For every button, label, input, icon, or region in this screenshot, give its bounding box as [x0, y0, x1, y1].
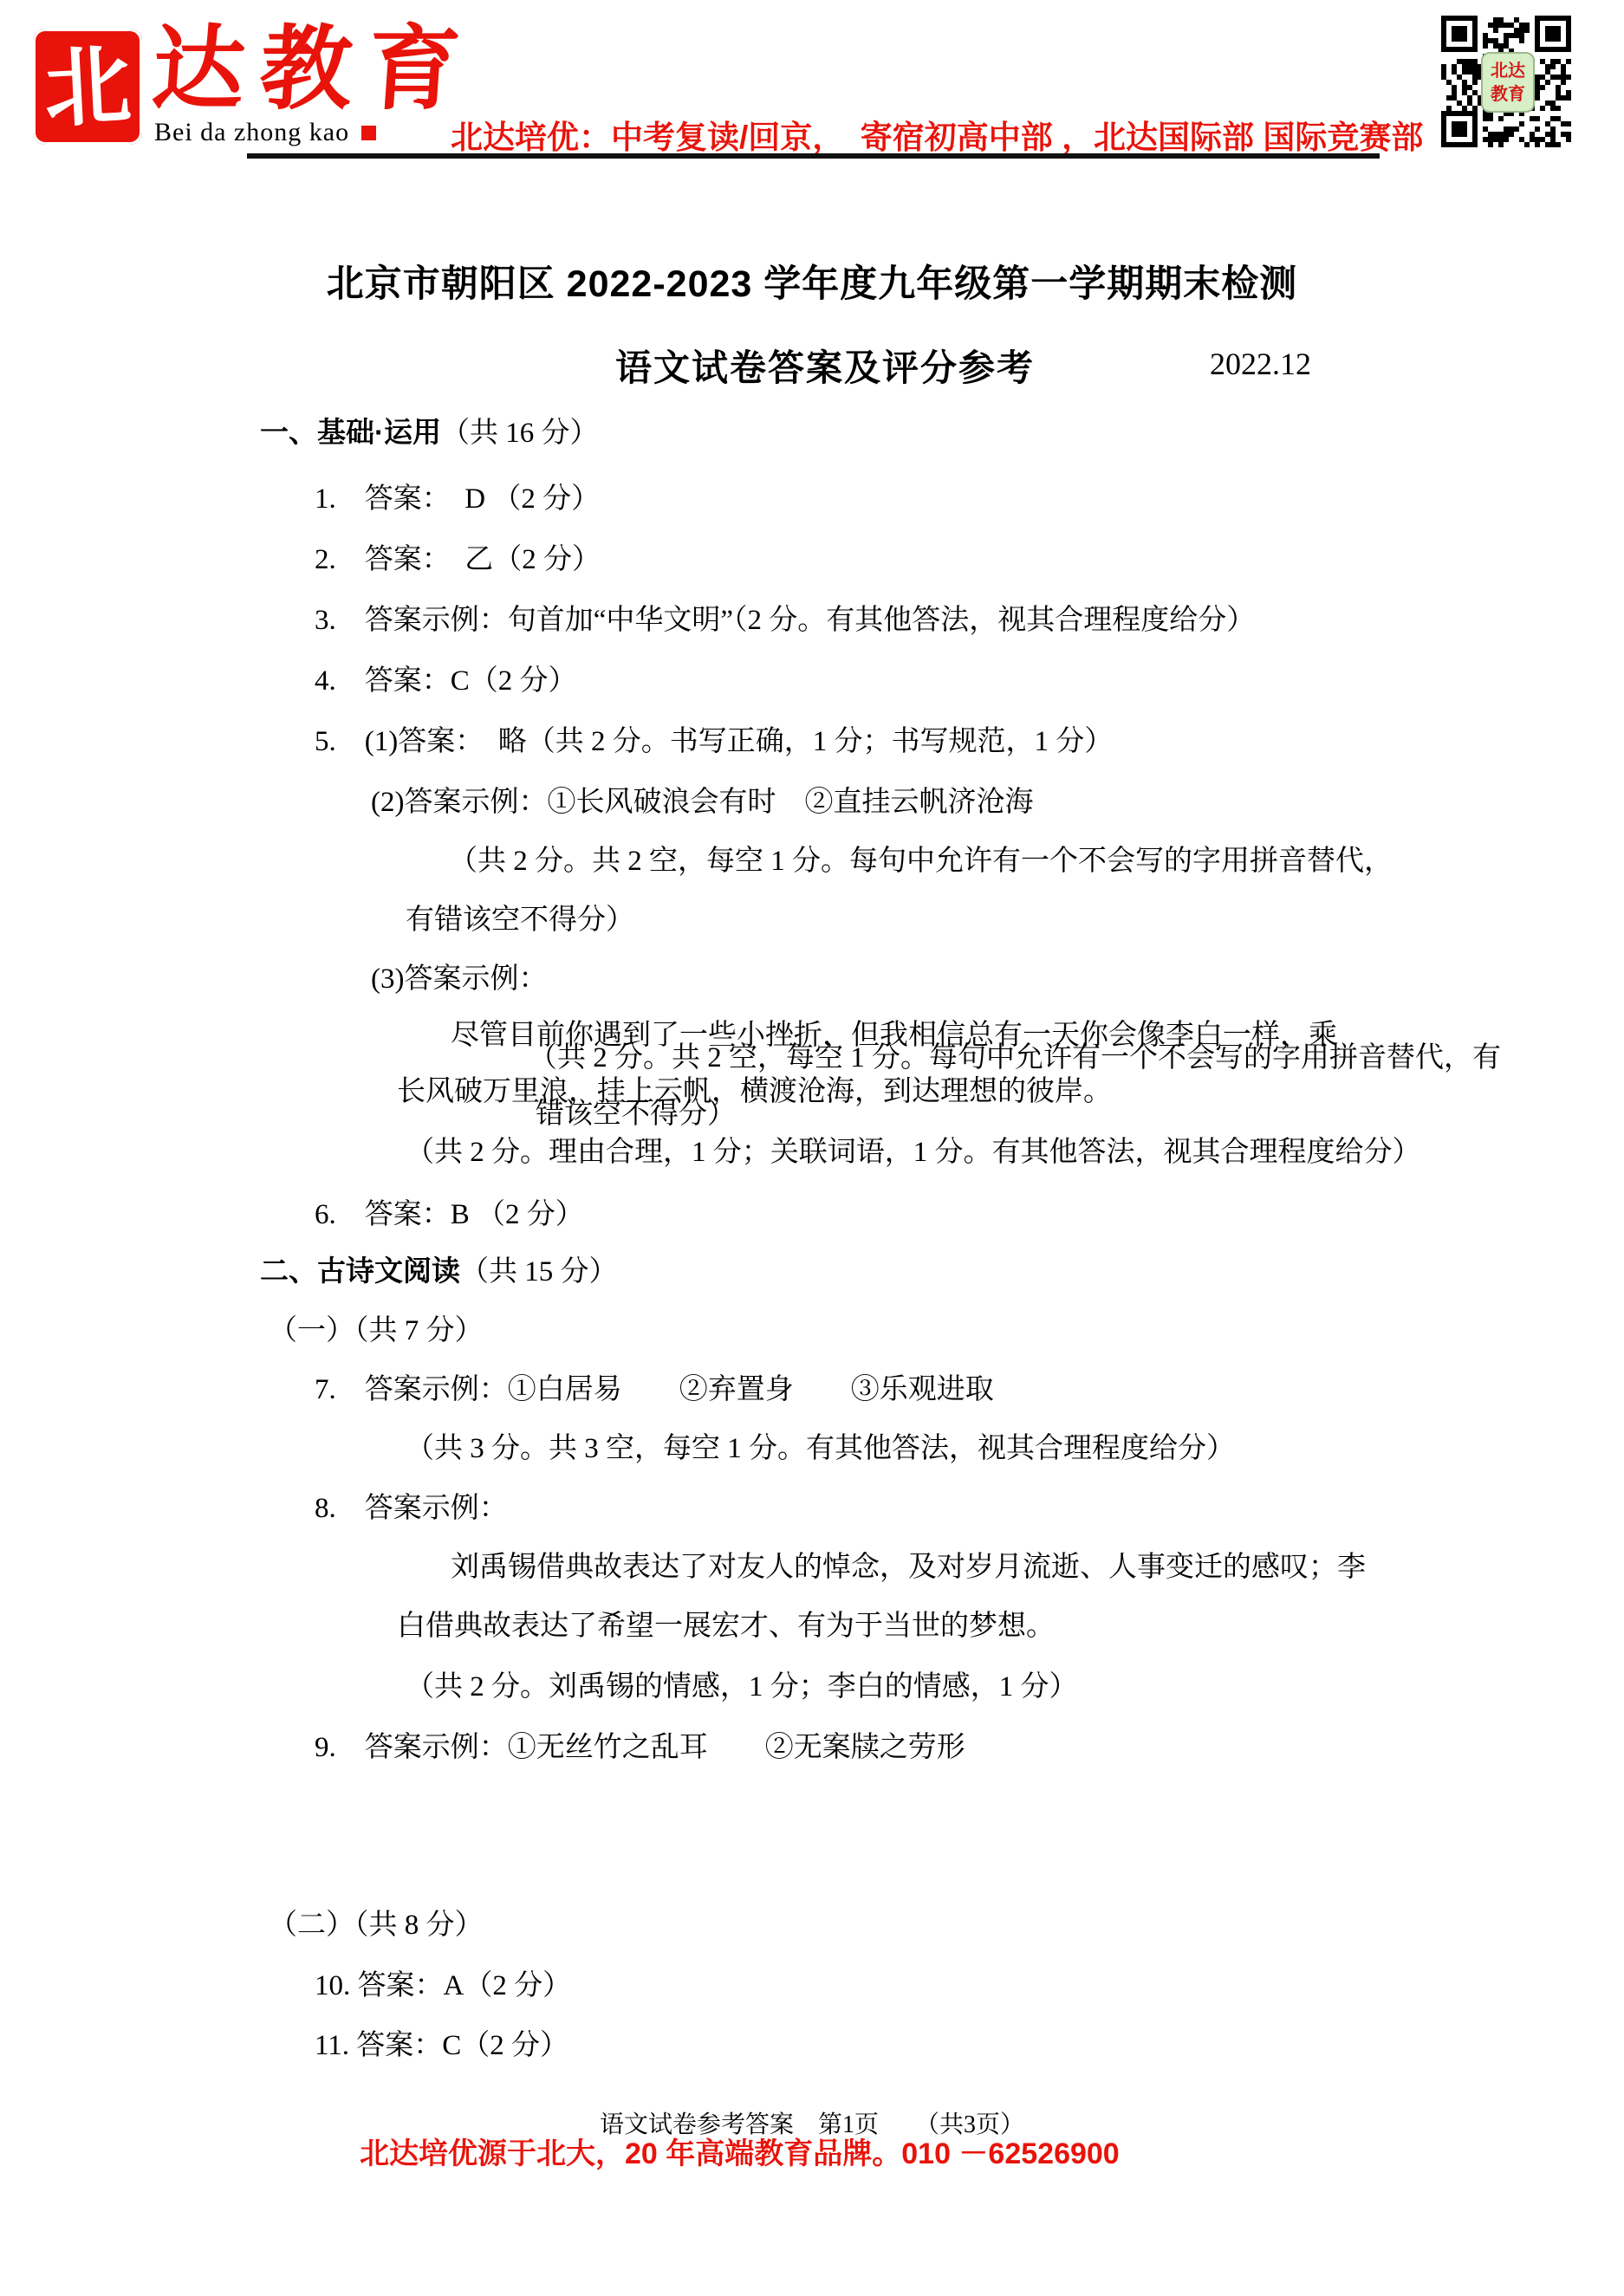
answer-line-8c: 白借典故表达了希望一展宏才、有为于当世的梦想。	[397, 1609, 1055, 1644]
qr-center-text-1: 北达	[1491, 59, 1525, 82]
document-title: 北京市朝阳区 2022-2023 学年度九年级第一学期期末检测	[0, 255, 1624, 308]
header-divider	[247, 153, 1380, 159]
seal-character: 北	[42, 41, 133, 132]
answer-line-9: 9. 答案示例：①无丝竹之乱耳 ②无案牍之劳形	[315, 1730, 965, 1766]
section-2-points: （共 15 分）	[460, 1256, 618, 1287]
section-heading-2: 二、古诗文阅读（共 15 分）	[260, 1253, 618, 1290]
answer-line-6: 6. 答案：B （2 分）	[315, 1197, 584, 1233]
subsection-heading-1: （一）（共 7 分）	[269, 1313, 484, 1349]
scoring-note-5-2b: 有错该空不得分）	[406, 903, 634, 938]
red-square-icon	[361, 126, 376, 140]
section-1-title: 一、基础·运用	[260, 416, 441, 448]
brand-calligraphy: 达教育	[148, 16, 478, 128]
answer-line-10: 10. 答案：A（2 分）	[315, 1968, 571, 2004]
answer-line-4: 4. 答案：C（2 分）	[315, 664, 577, 699]
overlap-score-line-2: 错该空不得分）	[536, 1097, 736, 1132]
answer-line-7: 7. 答案示例：①白居易 ②弃置身 ③乐观进取	[315, 1372, 994, 1408]
scoring-note-5-2a: （共 2 分。共 2 空，每空 1 分。每句中允许有一个不会写的字用拼音替代，	[449, 844, 1393, 879]
scoring-note-5-3: （共 2 分。理由合理，1 分；关联词语，1 分。有其他答法，视其合理程度给分）	[406, 1135, 1421, 1171]
subsection-heading-2: （二）（共 8 分）	[269, 1908, 484, 1943]
qr-finder-top-left-icon	[1441, 16, 1478, 52]
qr-code: 北达 教育	[1441, 16, 1571, 147]
overlap-score-line-1: （共 2 分。共 2 空，每空 1 分。每句中允许有一个不会写的字用拼音替代，有	[529, 1041, 1501, 1076]
answer-line-1: 1. 答案： D （2 分）	[315, 482, 600, 517]
qr-finder-top-right-icon	[1535, 16, 1571, 52]
footer-contact-line: 北达培优源于北大，20 年高端教育品牌。010 －62526900	[360, 2130, 1120, 2172]
document-subtitle: 语文试卷答案及评分参考	[615, 340, 1035, 392]
scoring-note-8: （共 2 分。刘禹锡的情感，1 分；李白的情感，1 分）	[406, 1670, 1078, 1705]
exam-answer-page: 北 达教育 Bei da zhong kao 北达培优：中考复读/回京， 寄宿初…	[0, 0, 1624, 2296]
section-1-points: （共 16 分）	[441, 418, 599, 449]
answer-line-5-3: (3)答案示例：	[371, 962, 547, 997]
answer-line-11: 11. 答案：C（2 分）	[315, 2028, 568, 2064]
header-slogan: 北达培优：中考复读/回京， 寄宿初高中部 ，北达国际部 国际竞赛部	[451, 111, 1423, 158]
answer-line-5-1: 5. (1)答案： 略（共 2 分。书写正确，1 分；书写规范，1 分）	[315, 724, 1113, 760]
qr-center-text-2: 教育	[1491, 82, 1525, 106]
overlap-answer-line-2: 长风破万里浪，挂上云帆，横渡沧海，到达理想的彼岸。	[397, 1074, 1112, 1110]
section-heading-1: 一、基础·运用（共 16 分）	[260, 414, 599, 451]
beida-seal-logo: 北	[33, 29, 142, 145]
scoring-note-7: （共 3 分。共 3 空，每空 1 分。有其他答法，视其合理程度给分）	[406, 1431, 1235, 1467]
answer-line-8b: 刘禹锡借典故表达了对友人的悼念，及对岁月流逝、人事变迁的感叹；李	[451, 1550, 1366, 1586]
answer-line-8: 8. 答案示例：	[315, 1491, 508, 1527]
answer-line-2: 2. 答案： 乙（2 分）	[315, 542, 601, 578]
answer-line-3: 3. 答案示例：句首加“中华文明”（2 分。有其他答法，视其合理程度给分）	[315, 603, 1255, 639]
brand-tagline: Bei da zhong kao	[154, 118, 376, 147]
answer-line-5-2: (2)答案示例：①长风破浪会有时 ②直挂云帆济沧海	[371, 785, 1033, 820]
qr-center-label: 北达 教育	[1481, 52, 1535, 113]
brand-tagline-text: Bei da zhong kao	[154, 118, 349, 146]
document-date: 2022.12	[1210, 346, 1311, 382]
section-2-title: 二、古诗文阅读	[260, 1255, 460, 1287]
qr-finder-bottom-left-icon	[1441, 111, 1478, 147]
